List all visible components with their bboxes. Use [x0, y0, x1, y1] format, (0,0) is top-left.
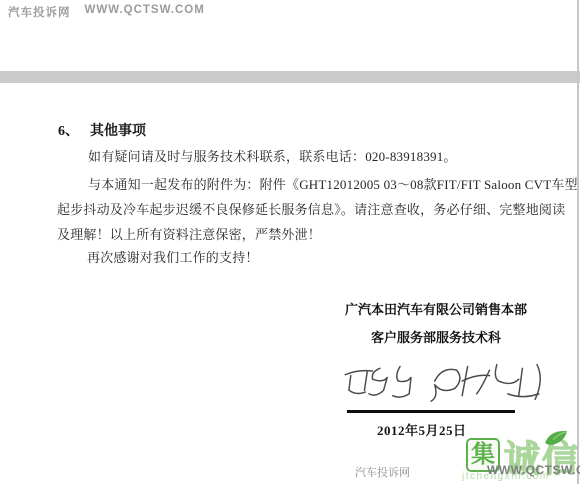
body-line-attachment-3: 及理解！以上所有资料注意保密，严禁外泄！ — [57, 224, 321, 243]
body-line-attachment-1: 与本通知一起发布的附件为：附件《GHT12012005 03～08款FIT/FI… — [88, 174, 578, 193]
page-separator-band — [0, 71, 580, 83]
signature-underline — [347, 410, 515, 413]
body-line-thanks: 再次感谢对我们工作的支持！ — [87, 247, 259, 266]
section-heading: 6、其他事项 — [58, 120, 146, 140]
signature-date: 2012年5月25日 — [377, 420, 467, 439]
handwritten-signature — [335, 361, 550, 403]
leaf-icon — [543, 428, 569, 448]
watermark-top: 汽车投诉网 WWW.QCTSW.COM — [8, 4, 205, 20]
watermark-bottom-site-name: 汽车投诉网 — [355, 464, 410, 480]
section-number: 6、 — [58, 124, 79, 139]
page-right-border — [577, 0, 579, 484]
watermark-top-site-url: WWW.QCTSW.COM — [85, 4, 205, 20]
signer-org-line2: 客户服务部服务技术科 — [330, 327, 542, 346]
scanned-document-page: 汽车投诉网 WWW.QCTSW.COM 6、其他事项 如有疑问请及时与服务技术科… — [0, 0, 580, 484]
body-line-attachment-2: 起步抖动及冷车起步迟缓不良保修延长服务信息》。请注意查收，务必仔细、完整地阅读 — [57, 199, 565, 218]
signer-org-line1: 广汽本田汽车有限公司销售本部 — [330, 299, 542, 318]
watermark-bottom-site-url: WWW.QCTSW.COM — [487, 463, 580, 477]
body-line-contact: 如有疑问请及时与服务技术科联系，联系电话：020-83918391。 — [88, 146, 457, 165]
watermark-top-site-name: 汽车投诉网 — [8, 4, 71, 20]
signer-org-block: 广汽本田汽车有限公司销售本部 客户服务部服务技术科 — [330, 299, 542, 346]
section-title: 其他事项 — [90, 124, 146, 139]
